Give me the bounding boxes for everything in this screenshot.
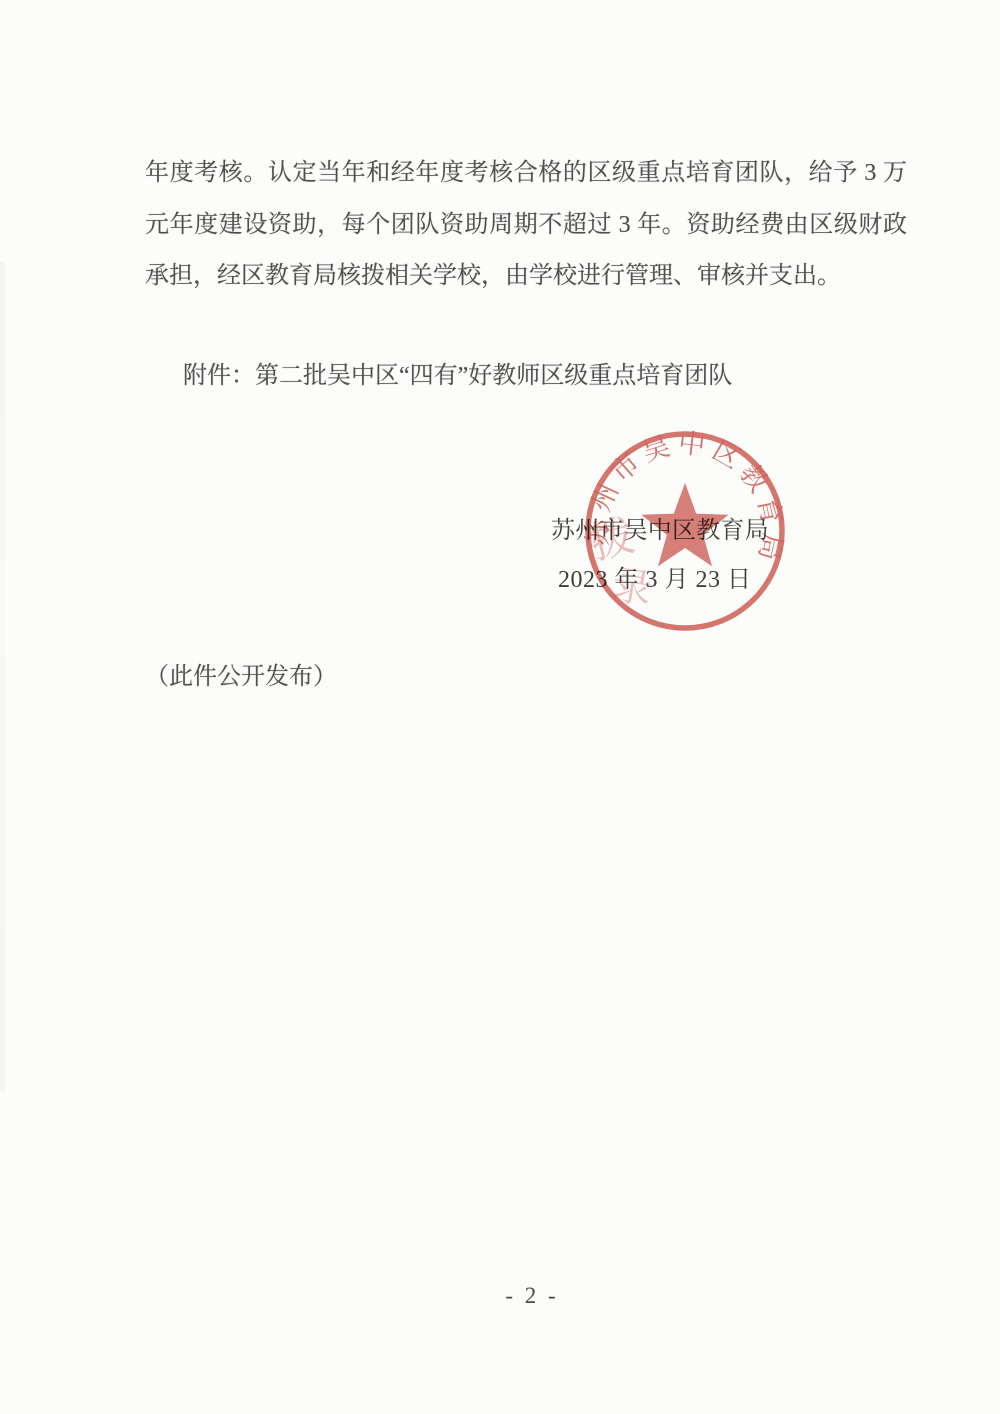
attachment-line: 附件：第二批吴中区“四有”好教师区级重点培育团队 bbox=[183, 360, 732, 392]
body-paragraph: 年度考核。认定当年和经年度考核合格的区级重点培育团队，给予 3 万 元年度建设资… bbox=[145, 148, 907, 303]
body-line-2: 元年度建设资助，每个团队资助周期不超过 3 年。资助经费由区级财政 bbox=[145, 200, 907, 252]
stamp-ghost-mark-2: 录 bbox=[609, 562, 656, 613]
public-release-note: （此件公开发布） bbox=[145, 661, 337, 693]
page-number: - 2 - bbox=[482, 1283, 582, 1309]
body-line-1: 年度考核。认定当年和经年度考核合格的区级重点培育团队，给予 3 万 bbox=[145, 148, 907, 200]
star-icon bbox=[641, 483, 728, 566]
document-page: 年度考核。认定当年和经年度考核合格的区级重点培育团队，给予 3 万 元年度建设资… bbox=[0, 0, 1000, 1414]
scan-artifact bbox=[0, 262, 5, 1092]
body-line-3: 承担，经区教育局核拨相关学校，由学校进行管理、审核并支出。 bbox=[145, 251, 907, 303]
official-seal-stamp: 苏州市吴中区教育局 拨 录 bbox=[581, 429, 791, 639]
